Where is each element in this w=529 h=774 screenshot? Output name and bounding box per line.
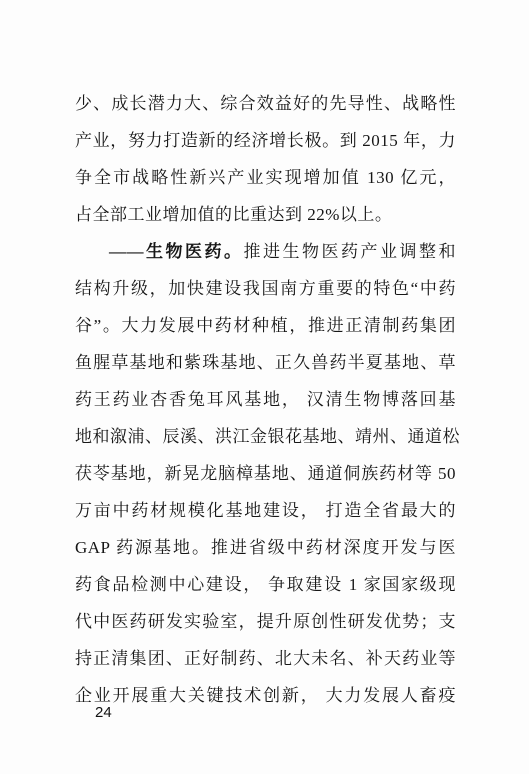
paragraph2-line: 持正清集团、正好制药、北大未名、补天药业等 [75,640,456,677]
paragraph2-line: 代中医药研发实验室，提升原创性研发优势；支 [75,603,456,640]
paragraph2-line: 万亩中药材规模化基地建设， 打造全省最大的 [75,492,456,529]
paragraph2-line: 茯苓基地，新晃龙脑樟基地、通道侗族药材等 50 [75,455,456,492]
paragraph2-line: 谷”。大力发展中药材种植，推进正清制药集团 [75,307,456,344]
paragraph2-line: 地和溆浦、辰溪、洪江金银花基地、靖州、通道松 [75,418,456,455]
paragraph2-line: 药王药业杏香兔耳风基地， 汉清生物博落回基 [75,381,456,418]
paragraph2-line: 结构升级，加快建设我国南方重要的特色“中药 [75,270,456,307]
paragraph2-first-line: ——生物医药。推进生物医药产业调整和 [75,233,456,270]
book-page: 少、成长潜力大、综合效益好的先导性、战略性 产业，努力打造新的经济增长极。到 2… [0,0,529,774]
paragraph1-line: 少、成长潜力大、综合效益好的先导性、战略性 [75,85,456,122]
paragraph2-line: 鱼腥草基地和紫珠基地、正久兽药半夏基地、草 [75,344,456,381]
paragraph2-first-line-rest: 推进生物医药产业调整和 [244,242,457,261]
page-number: 24 [95,703,112,723]
paragraph2-lead-bold: ——生物医药。 [109,242,244,261]
paragraph1-last-line: 占全部工业增加值的比重达到 22%以上。 [75,196,456,233]
paragraph2-line: GAP 药源基地。推进省级中药材深度开发与医 [75,529,456,566]
paragraph1-line: 产业，努力打造新的经济增长极。到 2015 年，力 [75,122,456,159]
paragraph2-line: 药食品检测中心建设， 争取建设 1 家国家级现 [75,566,456,603]
paragraph2-line: 企业开展重大关键技术创新， 大力发展人畜疫 [75,677,456,714]
paragraph1-line: 争全市战略性新兴产业实现增加值 130 亿元， [75,159,456,196]
text-block: 少、成长潜力大、综合效益好的先导性、战略性 产业，努力打造新的经济增长极。到 2… [75,85,456,714]
